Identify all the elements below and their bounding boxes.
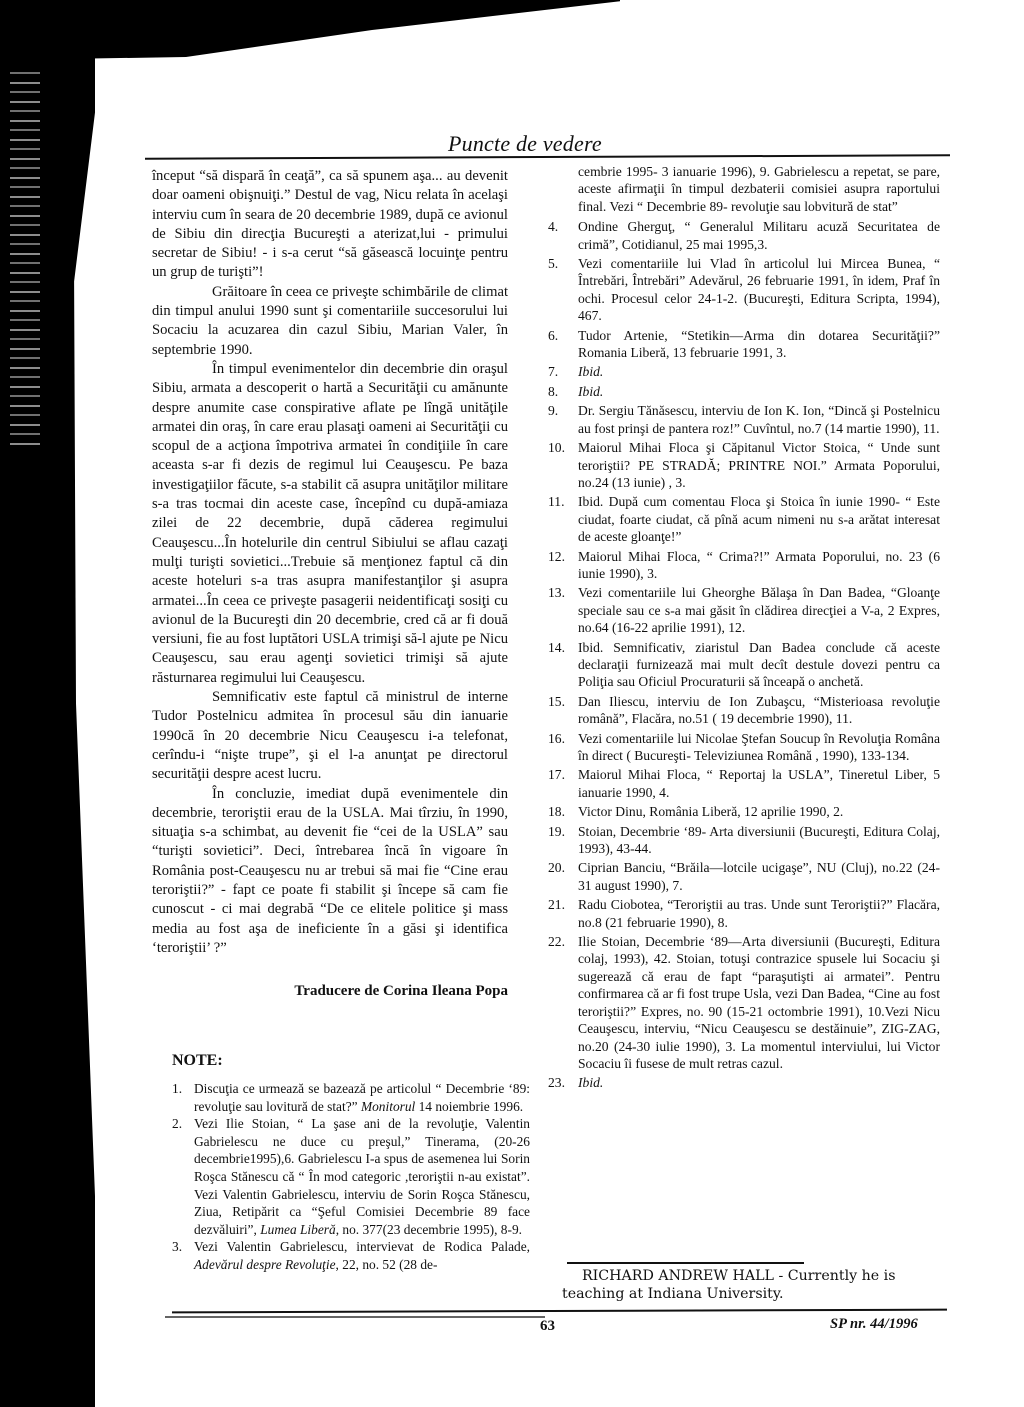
note-item: 22.Ilie Stoian, Decembrie ‘89—Arta diver… (548, 933, 940, 1072)
note-number: 16. (548, 730, 578, 765)
note-text: Vezi Ilie Stoian, “ La şase ani de la re… (194, 1115, 530, 1238)
note-number: 5. (548, 255, 578, 325)
note-number: 7. (548, 363, 578, 380)
note-number: 14. (548, 639, 578, 691)
note-item: 6.Tudor Artenie, “Stetikin—Arma din dota… (548, 327, 940, 362)
note-number: 6. (548, 327, 578, 362)
note-item: 16.Vezi comentariile lui Nicolae Ştefan … (548, 730, 940, 765)
header-rule (145, 154, 950, 160)
note-item: 7.Ibid. (548, 363, 940, 380)
note-text: Dan Iliescu, interviu de Ion Zubaşcu, “M… (578, 693, 940, 728)
note-text: Discuţia ce urmează se bazează pe artico… (194, 1080, 530, 1115)
note-text: Ibid. După cum comentau Floca şi Stoica … (578, 493, 940, 545)
note-number: 9. (548, 402, 578, 437)
note-text: Maiorul Mihai Floca şi Căpitanul Victor … (578, 439, 940, 491)
note-number: 3. (172, 1238, 194, 1273)
note-item: 8.Ibid. (548, 383, 940, 400)
notes-right-column: cembrie 1995- 3 ianuarie 1996), 9. Gabri… (548, 163, 940, 1094)
footer-rule (172, 1309, 947, 1314)
note-text: Ibid. (578, 363, 940, 380)
note-text: Ilie Stoian, Decembrie ‘89—Arta diversiu… (578, 933, 940, 1072)
note-text: Tudor Artenie, “Stetikin—Arma din dotare… (578, 327, 940, 362)
note-item: 21.Radu Ciobotea, “Teroriştii au tras. U… (548, 896, 940, 931)
note-item: 20.Ciprian Banciu, “Brăila—lotcile uciga… (548, 859, 940, 894)
note-number: 19. (548, 823, 578, 858)
note-item: 13.Vezi comentariile lui Gheorghe Bălaşa… (548, 584, 940, 636)
author-rule (567, 1262, 804, 1264)
translator-credit: Traducere de Corina Ileana Popa (152, 982, 508, 1001)
notes-left-column: 1. Discuţia ce urmează se bazează pe art… (172, 1080, 530, 1274)
note-number: 2. (172, 1115, 194, 1238)
note-number: 8. (548, 383, 578, 400)
note-text: Radu Ciobotea, “Teroriştii au tras. Unde… (578, 896, 940, 931)
note-item: 11.Ibid. După cum comentau Floca şi Stoi… (548, 493, 940, 545)
note-number: 17. (548, 766, 578, 801)
note-text: Vezi comentariile lui Nicolae Ştefan Sou… (578, 730, 940, 765)
note-number: 21. (548, 896, 578, 931)
note-item: 5.Vezi comentariile lui Vlad în articolu… (548, 255, 940, 325)
note-number: 18. (548, 803, 578, 820)
note-number: 11. (548, 493, 578, 545)
note-number: 4. (548, 218, 578, 253)
author-bio: RICHARD ANDREW HALL - Currently he is te… (562, 1267, 947, 1303)
journal-reference: SP nr. 44/1996 (830, 1316, 918, 1333)
note-continuation: cembrie 1995- 3 ianuarie 1996), 9. Gabri… (548, 163, 940, 215)
note-number: 15. (548, 693, 578, 728)
note-item: 3. Vezi Valentin Gabrielescu, intervieva… (172, 1238, 530, 1273)
page-number: 63 (540, 1318, 555, 1335)
note-text: Vezi Valentin Gabrielescu, intervievat d… (194, 1238, 530, 1273)
note-number: 12. (548, 548, 578, 583)
note-text: Ibid. (578, 383, 940, 400)
note-text: Ibid. (578, 1074, 940, 1091)
author-name: RICHARD ANDREW HALL (562, 1268, 774, 1284)
running-head: Puncte de vedere (448, 131, 602, 157)
note-text: Ibid. Semnificativ, ziaristul Dan Badea … (578, 639, 940, 691)
note-item: 15.Dan Iliescu, interviu de Ion Zubaşcu,… (548, 693, 940, 728)
note-item: 9.Dr. Sergiu Tănăsescu, interviu de Ion … (548, 402, 940, 437)
note-item: 18.Victor Dinu, România Liberă, 12 april… (548, 803, 940, 820)
note-item: 1. Discuţia ce urmează se bazează pe art… (172, 1080, 530, 1115)
note-number: 22. (548, 933, 578, 1072)
paragraph: Semnificativ este faptul că ministrul de… (152, 688, 508, 784)
notes-title: NOTE: (172, 1052, 223, 1070)
note-number: 23. (548, 1074, 578, 1091)
paragraph: început “să dispară în ceaţă”, ca să spu… (152, 167, 508, 283)
footer-rule-faint (165, 1316, 545, 1318)
note-text: Vezi comentariile lui Vlad în articolul … (578, 255, 940, 325)
note-number: 20. (548, 859, 578, 894)
paragraph: În timpul evenimentelor din decembrie di… (152, 360, 508, 688)
note-item: 10.Maiorul Mihai Floca şi Căpitanul Vict… (548, 439, 940, 491)
article-left-column: început “să dispară în ceaţă”, ca să spu… (152, 167, 508, 1001)
note-text: Ciprian Banciu, “Brăila—lotcile ucigaşe”… (578, 859, 940, 894)
note-number: 10. (548, 439, 578, 491)
paragraph: Grăitoare în ceea ce priveşte schimbăril… (152, 283, 508, 360)
note-text: Dr. Sergiu Tănăsescu, interviu de Ion K.… (578, 402, 940, 437)
note-number: 1. (172, 1080, 194, 1115)
note-item: 17.Maiorul Mihai Floca, “ Reportaj la US… (548, 766, 940, 801)
note-text: Vezi comentariile lui Gheorghe Bălaşa în… (578, 584, 940, 636)
note-item: 23.Ibid. (548, 1074, 940, 1091)
note-item: 12.Maiorul Mihai Floca, “ Crima?!” Armat… (548, 548, 940, 583)
note-item: 2. Vezi Ilie Stoian, “ La şase ani de la… (172, 1115, 530, 1238)
note-item: 4.Ondine Gherguţ, “ Generalul Militaru a… (548, 218, 940, 253)
note-text: Victor Dinu, România Liberă, 12 aprilie … (578, 803, 940, 820)
note-text: Maiorul Mihai Floca, “ Crima?!” Armata P… (578, 548, 940, 583)
note-number: 13. (548, 584, 578, 636)
note-item: 19.Stoian, Decembrie ‘89- Arta diversiun… (548, 823, 940, 858)
note-text: Maiorul Mihai Floca, “ Reportaj la USLA”… (578, 766, 940, 801)
note-item: 14.Ibid. Semnificativ, ziaristul Dan Bad… (548, 639, 940, 691)
note-text: Stoian, Decembrie ‘89- Arta diversiunii … (578, 823, 940, 858)
document-page: Puncte de vedere început “să dispară în … (0, 0, 1024, 1407)
paragraph: În concluzie, imediat după evenimentele … (152, 785, 508, 959)
note-text: Ondine Gherguţ, “ Generalul Militaru acu… (578, 218, 940, 253)
